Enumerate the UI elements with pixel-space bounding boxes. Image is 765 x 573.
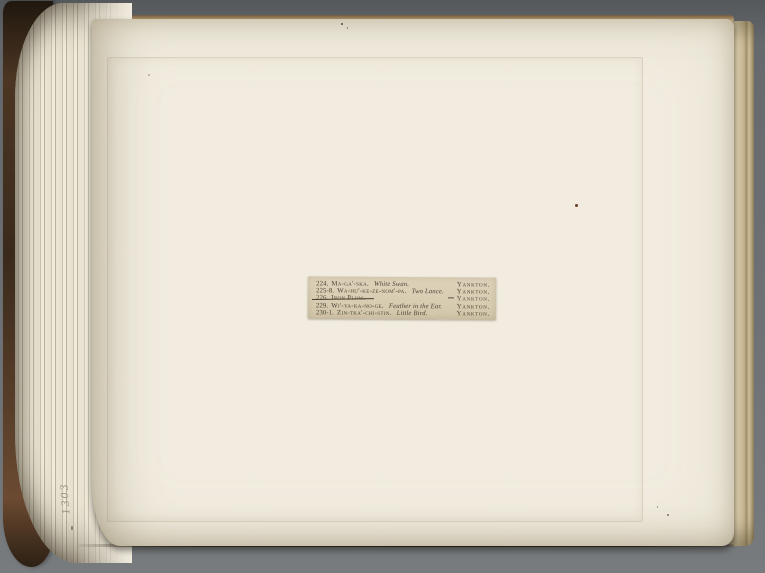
- handwritten-page-number: 1303: [59, 482, 72, 515]
- dust-speck: [148, 74, 150, 76]
- entry-number: 230-1.: [316, 309, 334, 316]
- entry-native-name: Zin-tka'-chi-stin.: [337, 309, 392, 317]
- album-photograph: 224. Ma-ga'-ska. White Swan. Yankton. 22…: [0, 0, 765, 573]
- entry-number: 226.: [316, 295, 328, 302]
- entry-number: 224.: [316, 280, 328, 287]
- entry-native-name: Iron Plow.: [331, 295, 365, 302]
- pencil-mark: [71, 526, 73, 530]
- dust-speck: [667, 514, 669, 516]
- entry-tribe: Yankton.: [457, 310, 490, 317]
- dust-speck: [657, 506, 658, 508]
- label-row-5: 230-1. Zin-tka'-chi-stin. Little Bird. Y…: [316, 309, 490, 317]
- caption-label: 224. Ma-ga'-ska. White Swan. Yankton. 22…: [308, 276, 496, 319]
- dust-speck: [341, 23, 343, 25]
- struck-entry-text: 226. Iron Plow.: [316, 295, 366, 303]
- dust-speck: [575, 204, 578, 207]
- entry-number: 229.: [316, 302, 328, 309]
- entry-english-name: Little Bird.: [397, 310, 428, 317]
- dust-speck: [347, 27, 348, 29]
